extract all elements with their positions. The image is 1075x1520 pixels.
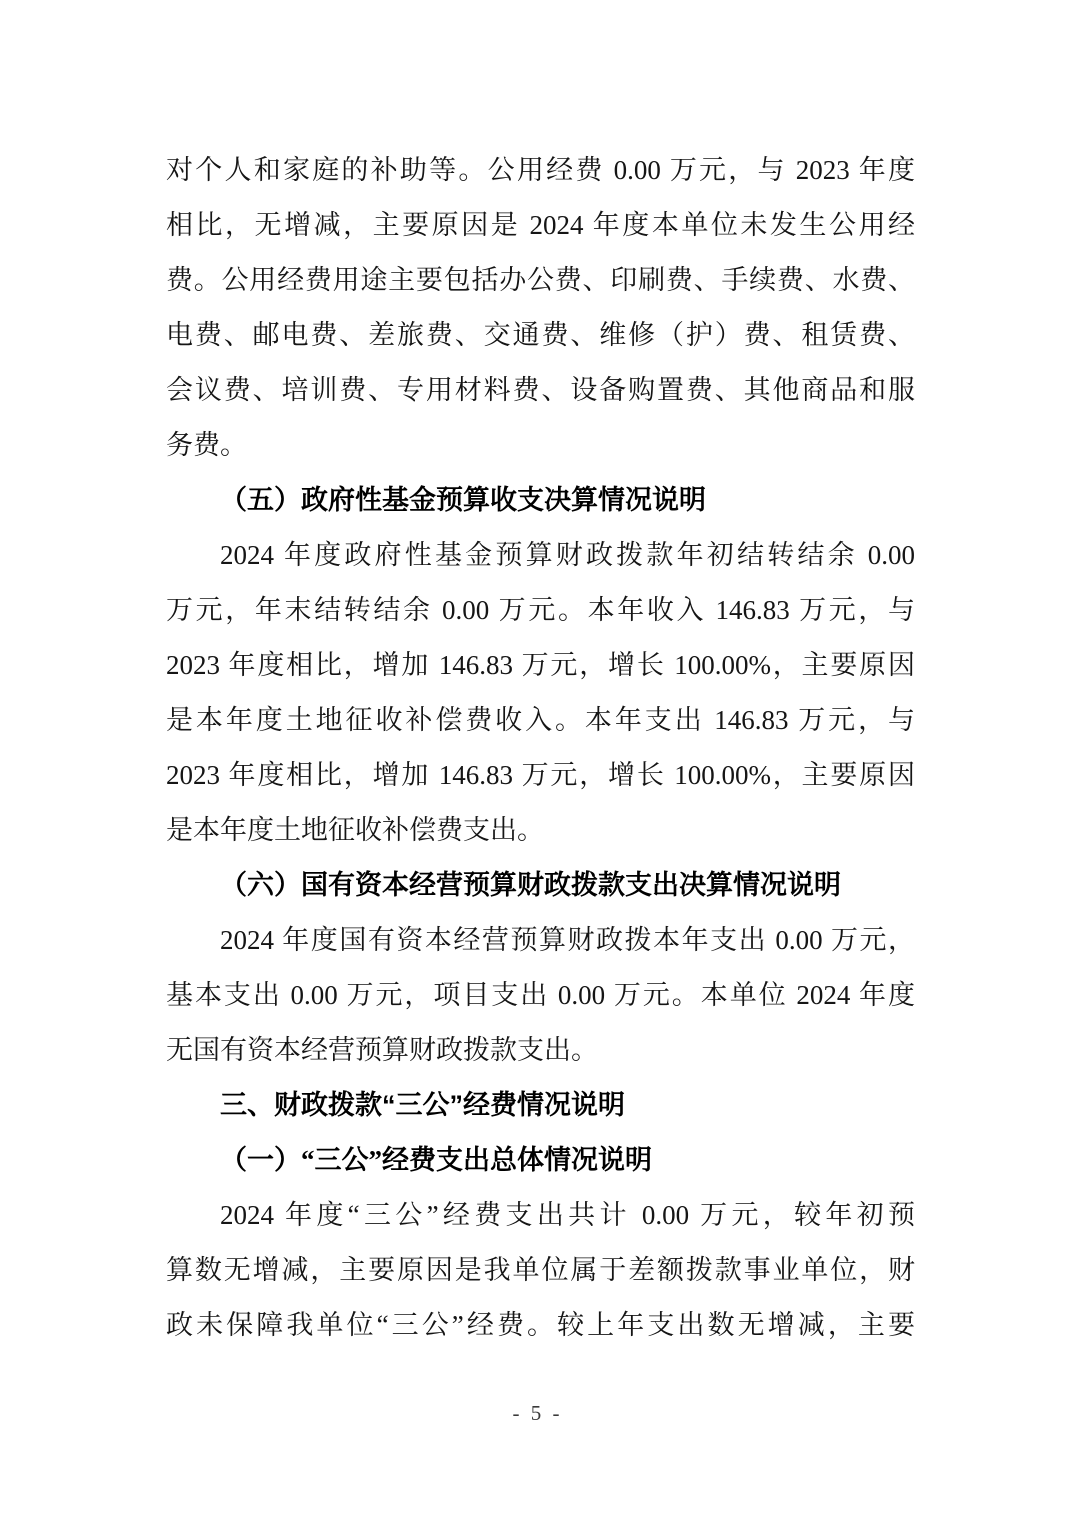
body-line: 2024 年度政府性基金预算财政拨款年初结转结余 0.00: [166, 528, 915, 583]
body-line: 2023 年度相比，增加 146.83 万元，增长 100.00%，主要原因: [166, 748, 915, 803]
heading-three-public: 三、财政拨款“三公”经费情况说明: [166, 1078, 915, 1133]
page-number: - 5 -: [513, 1401, 563, 1425]
body-line: 2023 年度相比，增加 146.83 万元，增长 100.00%，主要原因: [166, 638, 915, 693]
body-line: 对个人和家庭的补助等。公用经费 0.00 万元，与 2023 年度: [166, 143, 915, 198]
report-text-column: 对个人和家庭的补助等。公用经费 0.00 万元，与 2023 年度 相比，无增减…: [166, 143, 915, 1353]
body-line: 是本年度土地征收补偿费收入。本年支出 146.83 万元，与: [166, 693, 915, 748]
body-line: 2024 年度国有资本经营预算财政拨本年支出 0.00 万元，: [166, 913, 915, 968]
body-line: 费。公用经费用途主要包括办公费、印刷费、手续费、水费、: [166, 253, 915, 308]
page-footer: - 5 -: [0, 1398, 1075, 1428]
heading-state-capital: （六）国有资本经营预算财政拨款支出决算情况说明: [166, 858, 915, 913]
body-line: 2024 年度“三公”经费支出共计 0.00 万元，较年初预: [166, 1188, 915, 1243]
body-line: 万元，年末结转结余 0.00 万元。本年收入 146.83 万元，与: [166, 583, 915, 638]
heading-gov-fund-budget: （五）政府性基金预算收支决算情况说明: [166, 473, 915, 528]
body-line: 基本支出 0.00 万元，项目支出 0.00 万元。本单位 2024 年度: [166, 968, 915, 1023]
heading-three-public-overview: （一）“三公”经费支出总体情况说明: [166, 1133, 915, 1188]
body-line: 算数无增减，主要原因是我单位属于差额拨款事业单位，财: [166, 1243, 915, 1298]
body-line: 相比，无增减，主要原因是 2024 年度本单位未发生公用经: [166, 198, 915, 253]
body-line: 会议费、培训费、专用材料费、设备购置费、其他商品和服: [166, 363, 915, 418]
body-line: 务费。: [166, 418, 915, 473]
body-line: 电费、邮电费、差旅费、交通费、维修（护）费、租赁费、: [166, 308, 915, 363]
body-line: 政未保障我单位“三公”经费。较上年支出数无增减，主要: [166, 1298, 915, 1353]
body-line: 无国有资本经营预算财政拨款支出。: [166, 1023, 915, 1078]
document-page: 对个人和家庭的补助等。公用经费 0.00 万元，与 2023 年度 相比，无增减…: [0, 0, 1075, 1520]
body-line: 是本年度土地征收补偿费支出。: [166, 803, 915, 858]
